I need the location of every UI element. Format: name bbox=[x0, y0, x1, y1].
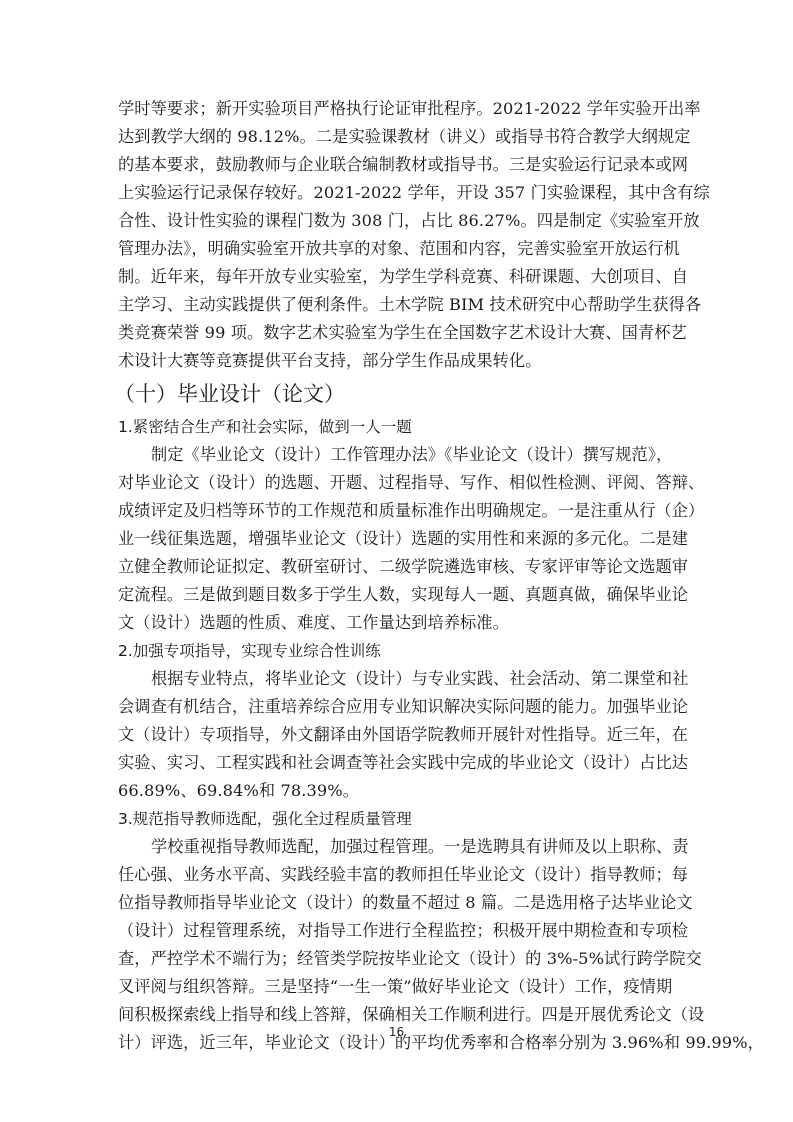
text-line: 达到教学大纲的 98.12%。二是实验课教材（讲义）或指导书符合教学大纲规定 bbox=[118, 123, 678, 151]
subsection-heading: 3.规范指导教师选配，强化全过程质量管理 bbox=[118, 805, 678, 833]
text-line: 查，严控学术不端行为；经管类学院按毕业论文（设计）的 3%-5%试行跨学院交 bbox=[118, 945, 678, 973]
text-line: 叉评阅与组织答辩。三是坚持“一生一策”做好毕业论文（设计）工作，疫情期 bbox=[118, 973, 678, 1001]
text-line: 对毕业论文（设计）的选题、开题、过程指导、写作、相似性检测、评阅、答辩、 bbox=[118, 469, 678, 497]
text-line: 实验、实习、工程实践和社会调查等社会实践中完成的毕业论文（设计）占比达 bbox=[118, 749, 678, 777]
text-line: 主学习、主动实践提供了便利条件。土木学院 BIM 技术研究中心帮助学生获得各 bbox=[118, 291, 678, 319]
text-line: 上实验运行记录保存较好。2021-2022 学年，开设 357 门实验课程，其中… bbox=[118, 179, 678, 207]
text-line: 学时等要求；新开实验项目严格执行论证审批程序。2021-2022 学年实验开出率 bbox=[118, 95, 678, 123]
text-line: 业一线征集选题，增强毕业论文（设计）选题的实用性和来源的多元化。二是建 bbox=[118, 525, 678, 553]
section-heading: （十）毕业设计（论文） bbox=[114, 377, 678, 411]
text-line: 合性、设计性实验的课程门数为 308 门，占比 86.27%。四是制定《实验室开… bbox=[118, 207, 678, 235]
text-line: 立健全教师论证拟定、教研室研讨、二级学院遴选审核、专家评审等论文选题审 bbox=[118, 553, 678, 581]
text-line: 66.89%、69.84%和 78.39%。 bbox=[118, 777, 678, 805]
page-body: 学时等要求；新开实验项目严格执行论证审批程序。2021-2022 学年实验开出率… bbox=[118, 95, 678, 1057]
intro-paragraph: 学时等要求；新开实验项目严格执行论证审批程序。2021-2022 学年实验开出率… bbox=[118, 95, 678, 375]
text-line: 制。近年来，每年开放专业实验室，为学生学科竞赛、科研课题、大创项目、自 bbox=[118, 263, 678, 291]
text-line: 任心强、业务水平高、实践经验丰富的教师担任毕业论文（设计）指导教师；每 bbox=[118, 861, 678, 889]
subsection-3: 3.规范指导教师选配，强化全过程质量管理 学校重视指导教师选配，加强过程管理。一… bbox=[118, 805, 678, 1057]
subsection-2: 2.加强专项指导，实现专业综合性训练 根据专业特点，将毕业论文（设计）与专业实践… bbox=[118, 637, 678, 805]
text-line: 文（设计）专项指导，外文翻译由外国语学院教师开展针对性指导。近三年，在 bbox=[118, 721, 678, 749]
text-line: 成绩评定及归档等环节的工作规范和质量标准作出明确规定。一是注重从行（企） bbox=[118, 497, 678, 525]
text-line: （设计）过程管理系统，对指导工作进行全程监控；积极开展中期检查和专项检 bbox=[118, 917, 678, 945]
text-line: 的基本要求，鼓励教师与企业联合编制教材或指导书。三是实验运行记录本或网 bbox=[118, 151, 678, 179]
text-line: 类竞赛荣誉 99 项。数字艺术实验室为学生在全国数字艺术设计大赛、国青杯艺 bbox=[118, 319, 678, 347]
subsection-heading: 1.紧密结合生产和社会实际，做到一人一题 bbox=[118, 413, 678, 441]
text-line: 制定《毕业论文（设计）工作管理办法》《毕业论文（设计）撰写规范》， bbox=[118, 441, 678, 469]
text-line: 术设计大赛等竞赛提供平台支持，部分学生作品成果转化。 bbox=[118, 347, 678, 375]
text-line: 学校重视指导教师选配，加强过程管理。一是选聘具有讲师及以上职称、责 bbox=[118, 833, 678, 861]
text-line: 定流程。三是做到题目数多于学生人数，实现每人一题、真题真做，确保毕业论 bbox=[118, 581, 678, 609]
text-line: 会调查有机结合，注重培养综合应用专业知识解决实际问题的能力。加强毕业论 bbox=[118, 693, 678, 721]
page-number: 16 bbox=[0, 1025, 793, 1039]
document-page: 学时等要求；新开实验项目严格执行论证审批程序。2021-2022 学年实验开出率… bbox=[0, 0, 793, 1122]
text-line: 管理办法》，明确实验室开放共享的对象、范围和内容，完善实验室开放运行机 bbox=[118, 235, 678, 263]
text-line: 根据专业特点，将毕业论文（设计）与专业实践、社会活动、第二课堂和社 bbox=[118, 665, 678, 693]
text-line: 位指导教师指导毕业论文（设计）的数量不超过 8 篇。二是选用格子达毕业论文 bbox=[118, 889, 678, 917]
subsection-1: 1.紧密结合生产和社会实际，做到一人一题 制定《毕业论文（设计）工作管理办法》《… bbox=[118, 413, 678, 637]
subsection-heading: 2.加强专项指导，实现专业综合性训练 bbox=[118, 637, 678, 665]
text-line: 文（设计）选题的性质、难度、工作量达到培养标准。 bbox=[118, 609, 678, 637]
